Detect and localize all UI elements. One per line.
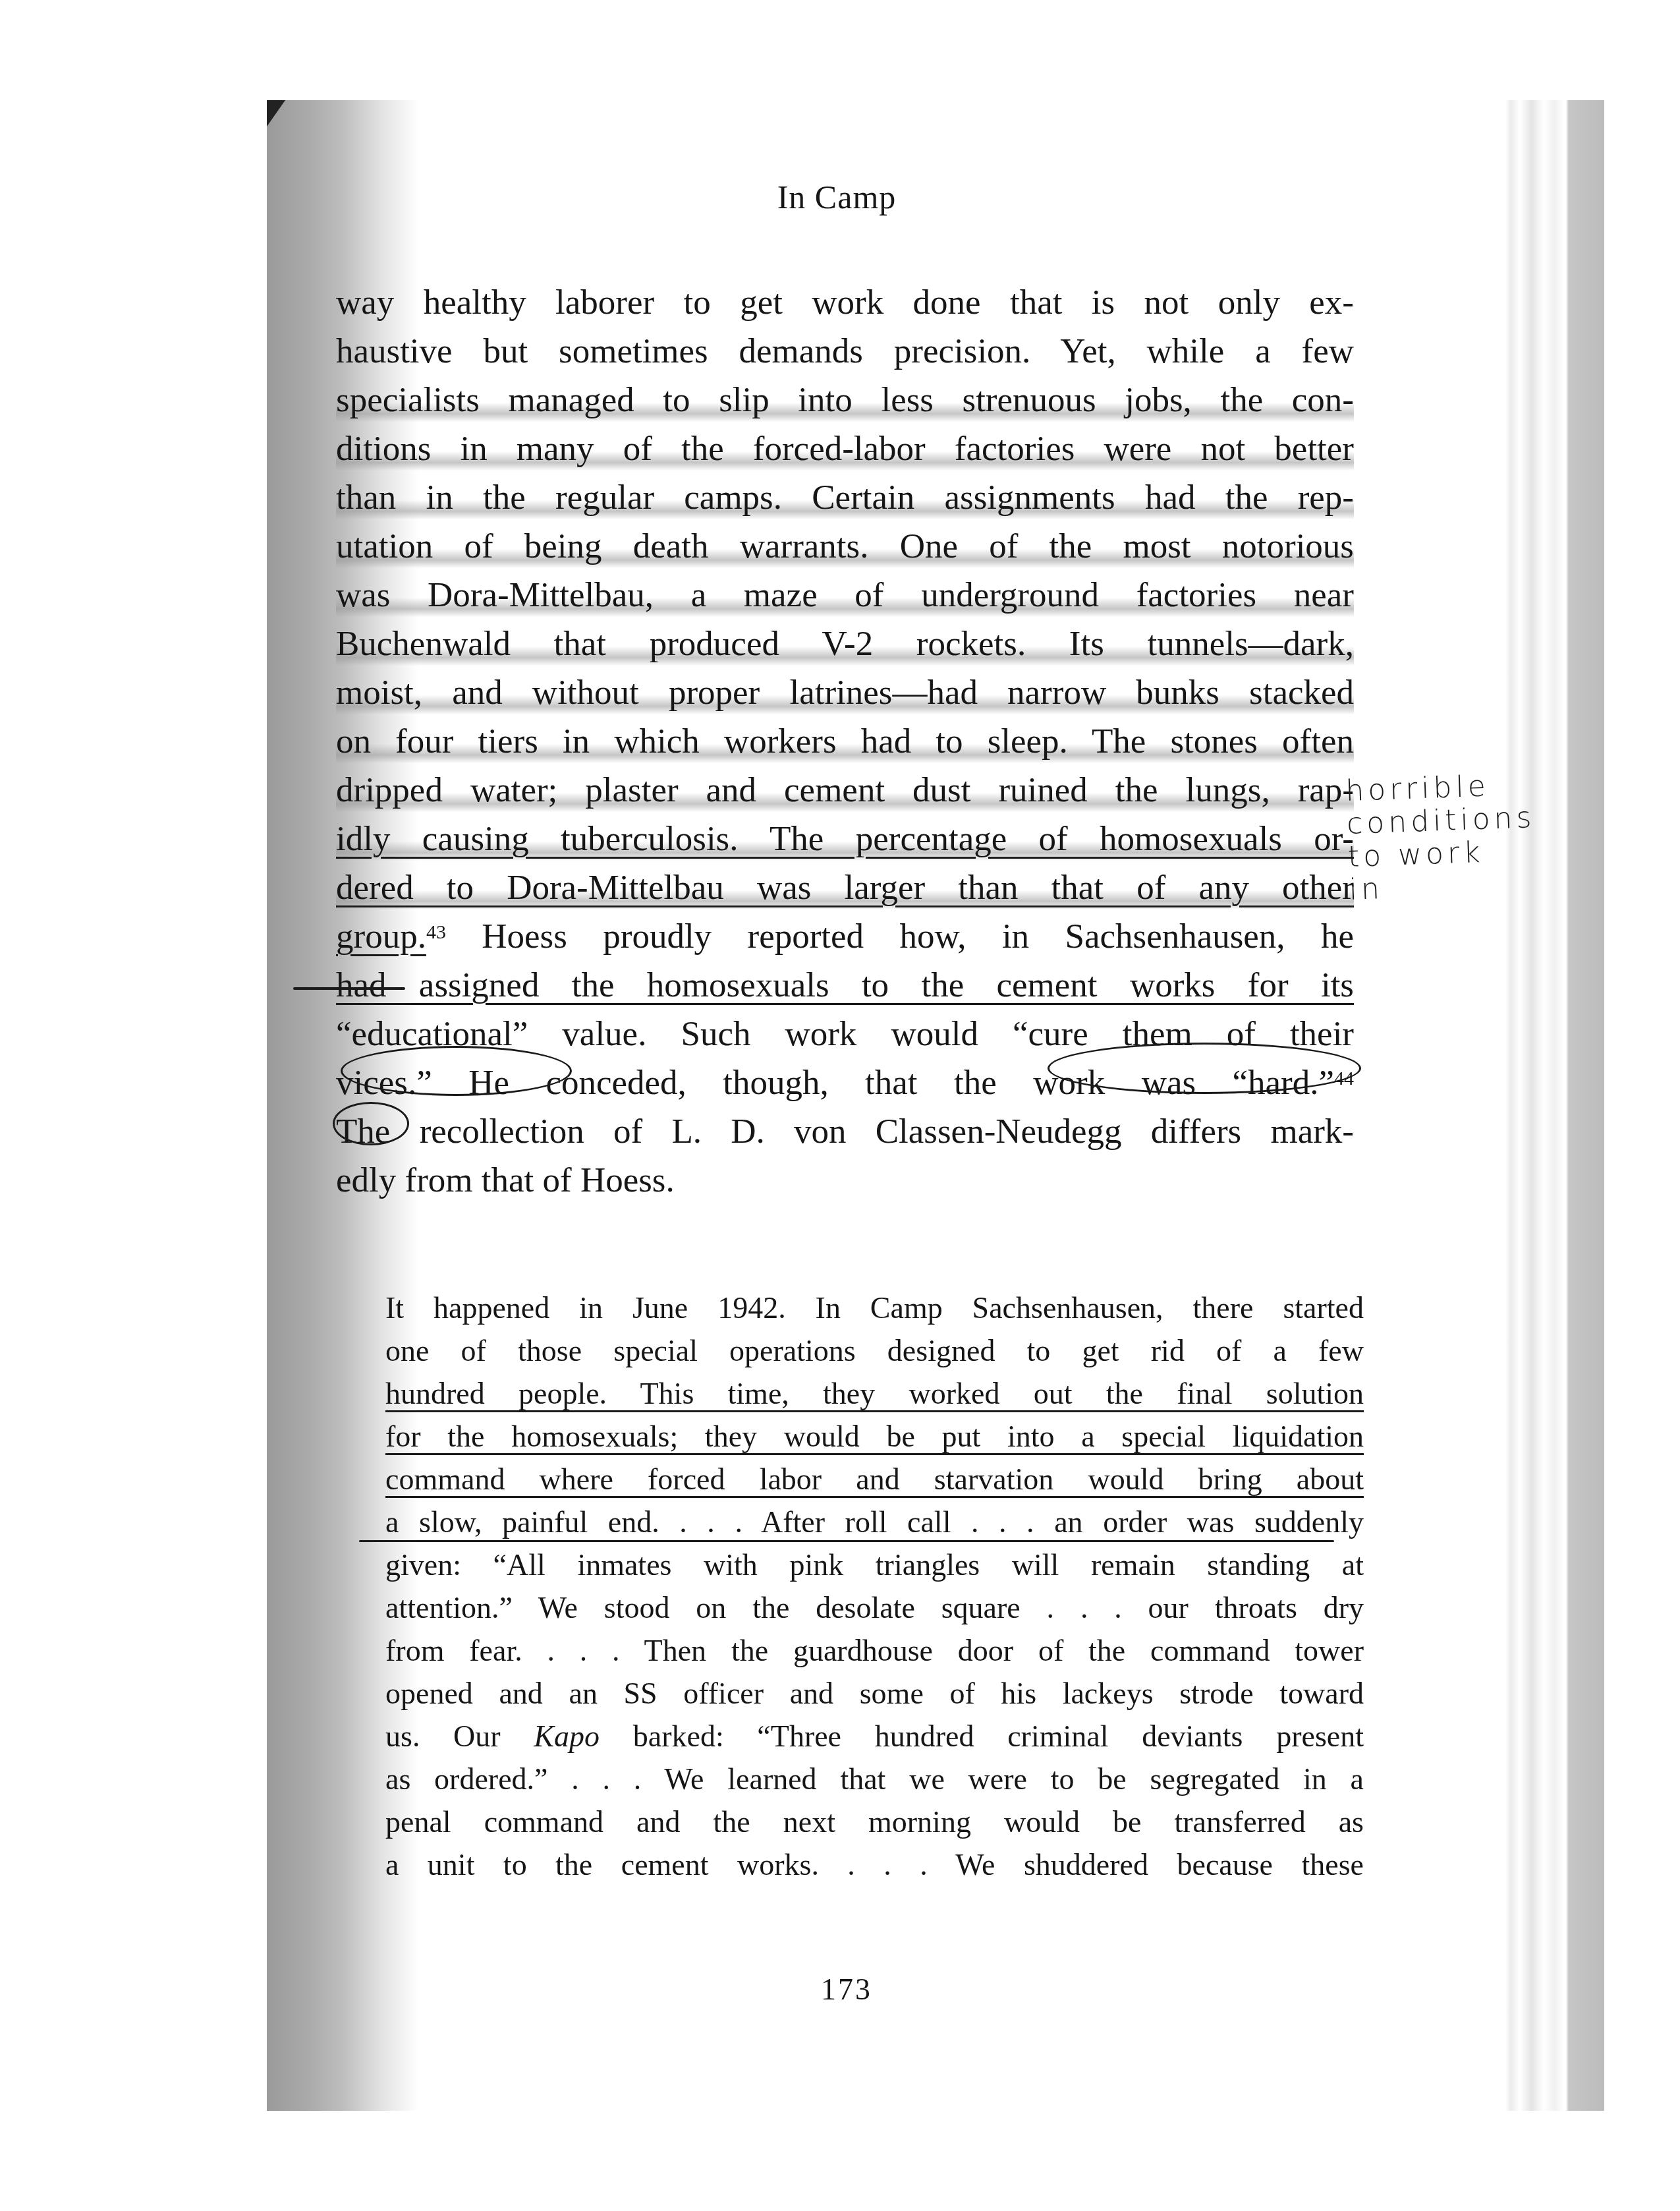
quote-line: a unit to the cement works. . . . We shu… (385, 1843, 1364, 1886)
body-line-highlighted: utation of being death warrants. One of … (336, 522, 1354, 571)
body-line-highlighted: Buchenwald that produced V-2 rockets. It… (336, 619, 1354, 668)
body-line-highlighted: ditions in many of the forced-labor fact… (336, 424, 1354, 473)
quote-line: a slow, painful end. . . . After roll ca… (385, 1501, 1364, 1543)
body-line-underlined: idly causing tuberculosis. The percentag… (336, 815, 1354, 863)
running-head: In Camp (267, 178, 1407, 216)
quote-line-underlined: command where forced labor and starvatio… (385, 1458, 1364, 1501)
body-line-last: edly from that of Hoess. (336, 1156, 1354, 1205)
pen-circle-educational (341, 1046, 572, 1096)
quote-line-segment: barked: “Three hundred criminal deviants… (633, 1719, 1364, 1753)
body-line: group.43 Hoess proudly reported how, in … (336, 912, 1354, 961)
body-line: way healthy laborer to get work done tha… (336, 278, 1354, 327)
body-line-segment: Hoess proudly reported how, in Sachsenha… (482, 917, 1354, 956)
pen-stroke-group (293, 987, 405, 990)
pen-stroke-quote (359, 1540, 1334, 1542)
body-line-highlighted: was Dora-Mittelbau, a maze of undergroun… (336, 571, 1354, 619)
page-number: 173 (267, 1972, 1426, 2007)
quote-line: from fear. . . . Then the guardhouse doo… (385, 1629, 1364, 1672)
quote-line: It happened in June 1942. In Camp Sachse… (385, 1286, 1364, 1329)
quote-line: penal command and the next morning would… (385, 1800, 1364, 1843)
italic-term-kapo: Kapo (534, 1719, 600, 1753)
pen-circle-cure-them (1048, 1043, 1361, 1094)
body-line-highlighted: than in the regular camps. Certain assig… (336, 473, 1354, 522)
body-line: haustive but sometimes demands precision… (336, 327, 1354, 376)
quote-line: as ordered.” . . . We learned that we we… (385, 1758, 1364, 1800)
body-line-highlighted: on four tiers in which workers had to sl… (336, 717, 1354, 766)
quote-line-underlined: for the homosexuals; they would be put i… (385, 1415, 1364, 1458)
page-fore-edge (1505, 100, 1604, 2111)
quote-line: attention.” We stood on the desolate squ… (385, 1586, 1364, 1629)
body-line-highlighted: moist, and without proper latrines—had n… (336, 668, 1354, 717)
body-line-underlined: dered to Dora-Mittelbau was larger than … (336, 863, 1354, 912)
body-line: The recollection of L. D. von Classen-Ne… (336, 1107, 1354, 1156)
margin-note-line: to work in (1347, 836, 1501, 907)
quote-line: given: “All inmates with pink triangles … (385, 1543, 1364, 1586)
quote-line-segment: us. Our (385, 1719, 501, 1753)
quote-line: one of those special operations designed… (385, 1329, 1364, 1372)
body-line-highlighted: dripped water; plaster and cement dust r… (336, 766, 1354, 815)
body-line-highlighted: specialists managed to slip into less st… (336, 376, 1354, 424)
quote-line: us. Our Kapo barked: “Three hundred crim… (385, 1715, 1364, 1758)
block-quote: It happened in June 1942. In Camp Sachse… (385, 1286, 1364, 1886)
underlined-word-group: group. (336, 917, 426, 956)
scanned-book-page: In Camp way healthy laborer to get work … (267, 100, 1604, 2111)
quote-line: opened and an SS officer and some of his… (385, 1672, 1364, 1715)
footnote-ref-43: 43 (426, 921, 446, 943)
pen-circle-vices (333, 1102, 409, 1145)
quote-line-underlined: hundred people. This time, they worked o… (385, 1372, 1364, 1415)
page-corner-shadow (267, 100, 285, 127)
handwritten-margin-note: horrible conditions to work in (1345, 770, 1501, 907)
body-line-underlined: had assigned the homosexuals to the ceme… (336, 961, 1354, 1010)
